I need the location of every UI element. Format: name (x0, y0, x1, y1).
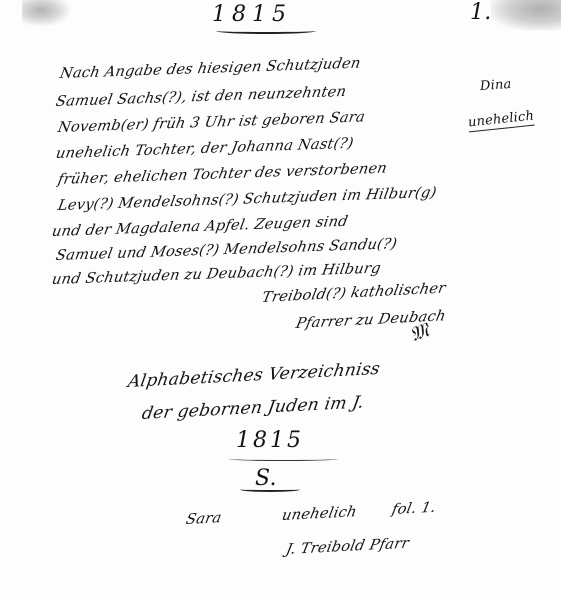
entry-line: früher, ehelichen Tochter des verstorben… (57, 161, 389, 188)
index-letter-underline (240, 487, 300, 492)
entry-line: unehelich Tochter, der Johanna Nast(?) (55, 136, 355, 162)
index-underline (228, 457, 338, 461)
index-signature: J. Treibold Pfarr (284, 536, 410, 558)
entry-line: und Schutzjuden zu Deubach(?) im Hilburg (51, 261, 382, 288)
header-year: 1815 (212, 2, 292, 27)
index-entry-folio: fol. 1. (390, 500, 437, 518)
scan-smudge (491, 0, 561, 30)
entry-line: Novemb(er) früh 3 Uhr ist geboren Sara (57, 109, 367, 136)
entry-line: Levy(?) Mendelsohns(?) Schutzjuden im Hi… (57, 185, 438, 214)
page-number: 1. (470, 0, 491, 25)
index-title: Alphabetisches Verzeichniss (126, 359, 381, 392)
entry-line: Samuel Sachs(?), ist den neunzehnten (55, 84, 348, 110)
entry-line: und der Magdalena Apfel. Zeugen sind (51, 214, 350, 240)
entry-line: Samuel und Moses(?) Mendelsohns Sandu(?) (55, 236, 399, 264)
margin-insert: Dina (480, 77, 512, 94)
index-year: 1815 (236, 428, 304, 453)
index-entry-name: Sara (184, 510, 223, 528)
scan-smudge (22, 0, 70, 26)
margin-insert-underlined: unehelich (467, 109, 535, 133)
signature-line: Treibold(?) katholischer (260, 281, 447, 306)
entry-line: Nach Angabe des hiesigen Schutzjuden (59, 56, 362, 82)
document-page: 1815 1. Nach Angabe des hiesigen Schutzj… (0, 0, 561, 600)
index-subtitle: der gebornen Juden im J. (140, 393, 365, 424)
index-entry-note: unehelich (280, 504, 358, 524)
header-year-underline (216, 28, 316, 34)
